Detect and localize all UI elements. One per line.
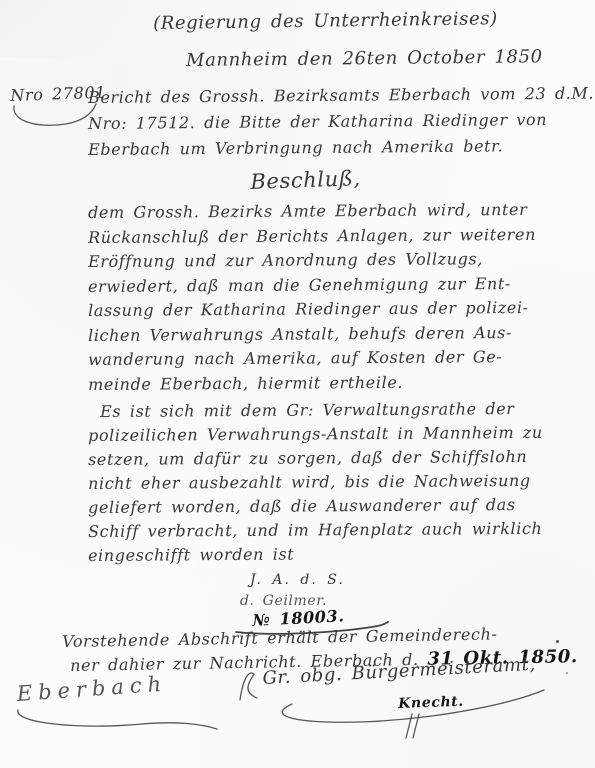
scan-corner-shading [0,0,160,58]
resolution-heading: Beschluß, [250,166,361,194]
subject-line: Bericht des Grossh. Bezirksamts Eberbach… [88,84,594,107]
receipt-signature-flourish [12,702,222,732]
body-line: Es ist sich mit dem Gr: Verwaltungsrathe… [100,399,515,421]
body-line: Eröffnung und zur Anordnung des Vollzugs… [88,249,483,271]
scanned-document-page: (Regierung des Unterrheinkreises) Mannhe… [0,0,595,768]
body-line: setzen, um dafür zu sorgen, daß der Schi… [88,447,527,469]
body-line: lassung der Katharina Riedinger aus der … [88,298,529,320]
body-line: dem Grossh. Bezirks Amte Eberbach wird, … [88,200,527,222]
note-line: Vorstehende Abschrift erhält der Gemeind… [62,624,498,651]
body-line: Schiff verbracht, und im Hafenplatz auch… [88,519,542,541]
body-line: Rückanschluß der Berichts Anlagen, zur w… [88,225,536,247]
closing-abbreviation: J. A. d. S. [250,572,345,588]
document-header-place-date: Mannheim den 26ten October 1850 [186,46,543,71]
scan-speck [556,640,559,643]
scan-speck [566,672,568,674]
body-line: wanderung nach Amerika, auf Kosten der G… [88,347,502,369]
signer-name: Knecht. [398,694,464,712]
body-line: nicht eher ausbezahlt wird, bis die Nach… [88,471,531,493]
body-line: eingeschifft worden ist [88,545,294,565]
clerk-signature: d. Geilmer. [240,593,327,609]
document-header-authority: (Regierung des Unterrheinkreises) [153,8,498,34]
subject-line: Nro: 17512. die Bitte der Katharina Ried… [88,110,547,133]
receipt-signature-name: Eberbach [16,672,168,706]
body-line: meinde Eberbach, hiermit ertheile. [88,373,403,394]
body-line: erwiedert, daß man die Genehmigung zur E… [88,274,511,296]
body-line: lichen Verwahrungs Anstalt, behufs deren… [88,323,512,345]
body-line: geliefert worden, daß die Auswanderer au… [88,495,516,517]
subject-line: Eberbach um Verbringung nach Amerika bet… [88,136,503,159]
body-line: polizeilichen Verwahrungs-Anstalt in Man… [88,423,543,445]
